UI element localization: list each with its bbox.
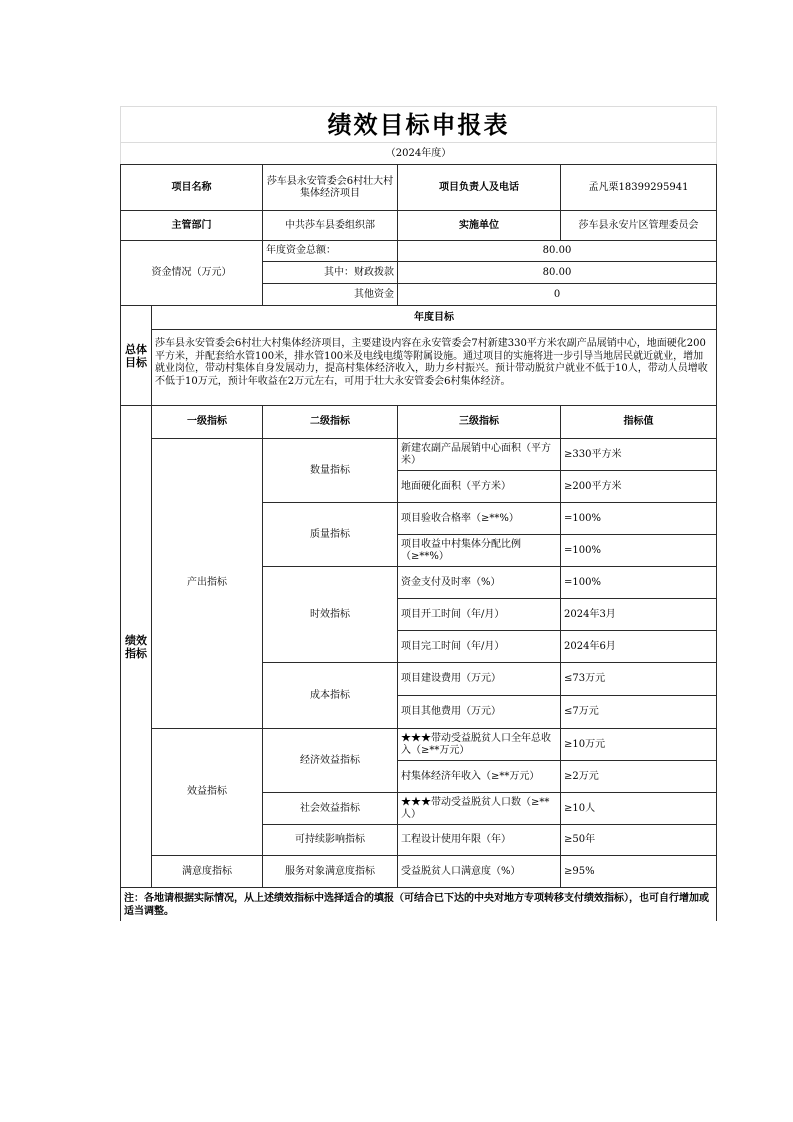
project-owner-label: 项目负责人及电话 [397,164,561,211]
header-level2: 二级指标 [262,405,398,439]
header-level3: 三级指标 [397,405,561,439]
indicator-name: 项目其他费用（万元） [397,695,561,729]
indicator-name: 项目收益中村集体分配比例（≥**%） [397,534,561,567]
funds-label: 资金情况（万元） [120,240,263,306]
dept-value: 中共莎车县委组织部 [262,210,398,241]
indicator-value: 2024年3月 [560,598,717,631]
level2-service-satisfaction: 服务对象满意度指标 [262,855,398,888]
indicator-value: ≥330平方米 [560,438,717,471]
unit-value: 莎车县永安片区管理委员会 [560,210,717,241]
dept-label: 主管部门 [120,210,263,241]
level2-sustainable: 可持续影响指标 [262,824,398,856]
level2-social: 社会效益指标 [262,792,398,825]
form-title: 绩效目标申报表 [120,106,717,143]
indicator-name: 新建农副产品展销中心面积（平方米） [397,438,561,471]
level2-quality: 质量指标 [262,502,398,567]
funds-total-value: 80.00 [397,240,717,262]
goal-side-label: 总体目标 [120,305,152,406]
level2-economic: 经济效益指标 [262,728,398,793]
indicator-name: 地面硬化面积（平方米） [397,470,561,503]
header-level1: 一级指标 [151,405,263,439]
indicators-side-label: 绩效指标 [120,405,152,888]
indicator-name: 项目建设费用（万元） [397,662,561,696]
indicator-name: 受益脱贫人口满意度（%） [397,855,561,888]
indicator-name: 资金支付及时率（%） [397,566,561,599]
indicator-value: =100% [560,566,717,599]
level1-satisfaction: 满意度指标 [151,855,263,888]
indicator-name: 工程设计使用年限（年） [397,824,561,856]
level2-cost: 成本指标 [262,662,398,729]
unit-label: 实施单位 [397,210,561,241]
indicator-value: ≥50年 [560,824,717,856]
indicator-value: =100% [560,502,717,535]
project-owner-value: 孟凡栗18399295941 [560,164,717,211]
indicator-name: ★★★带动受益脱贫人口全年总收入（≥**万元） [397,728,561,761]
level1-output: 产出指标 [151,438,263,729]
form-year: （2024年度） [120,142,717,165]
indicator-value: ≥95% [560,855,717,888]
indicator-name: 村集体经济年收入（≥**万元） [397,760,561,793]
goal-text: 莎车县永安管委会6村壮大村集体经济项目，主要建设内容在永安管委会7村新建330平… [151,329,717,406]
form-note: 注：各地请根据实际情况，从上述绩效指标中选择适合的填报（可结合已下达的中央对地方… [120,887,717,921]
level2-timeliness: 时效指标 [262,566,398,663]
indicator-value: =100% [560,534,717,567]
funds-other-label: 其他资金 [262,283,398,306]
funds-total-label: 年度资金总额： [262,240,398,262]
indicator-name: 项目验收合格率（≥**%） [397,502,561,535]
funds-fiscal-value: 80.00 [397,261,717,284]
indicator-name: 项目完工时间（年/月） [397,630,561,663]
level1-benefit: 效益指标 [151,728,263,856]
indicator-value: ≥200平方米 [560,470,717,503]
project-name-label: 项目名称 [120,164,263,211]
indicator-value: ≥10人 [560,792,717,825]
indicator-value: ≤7万元 [560,695,717,729]
indicator-value: ≥2万元 [560,760,717,793]
goal-header: 年度目标 [151,305,717,330]
indicator-value: 2024年6月 [560,630,717,663]
header-value: 指标值 [560,405,717,439]
indicator-value: ≥10万元 [560,728,717,761]
indicator-name: 项目开工时间（年/月） [397,598,561,631]
level2-quantity: 数量指标 [262,438,398,503]
indicator-name: ★★★带动受益脱贫人口数（≥**人） [397,792,561,825]
funds-other-value: 0 [397,283,717,306]
funds-fiscal-label: 其中：财政拨款 [262,261,398,284]
project-name-value: 莎车县永安管委会6村壮大村集体经济项目 [262,164,398,211]
indicator-value: ≤73万元 [560,662,717,696]
